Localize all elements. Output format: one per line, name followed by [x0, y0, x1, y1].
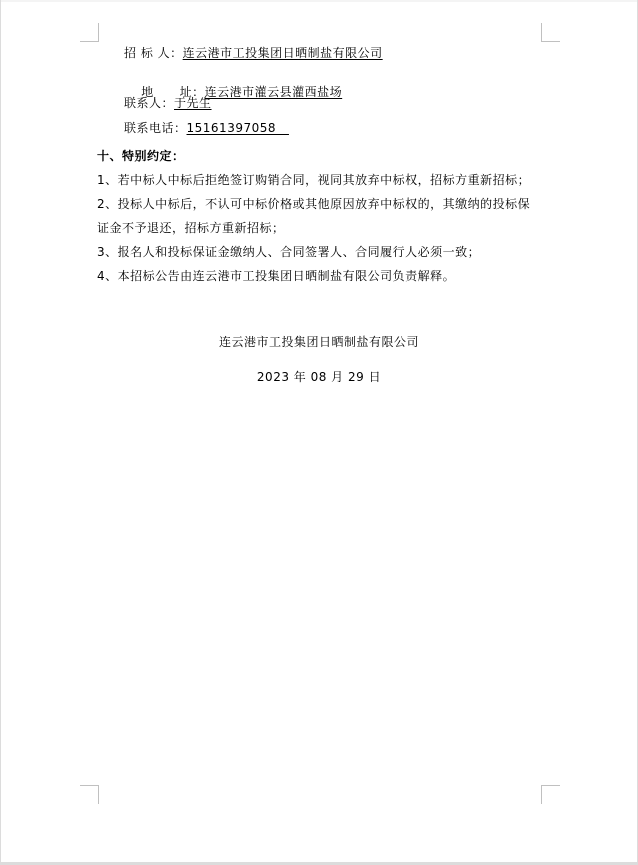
- margin-corner-top-left: [80, 23, 99, 42]
- section-title: 十、特别约定：: [97, 149, 185, 163]
- special-term-item-cont: 证金不予退还，招标方重新招标；: [97, 221, 285, 235]
- phone-value: 15161397058: [187, 121, 289, 135]
- bidder-line: 招 标 人：连云港市工投集团日晒制盐有限公司: [124, 46, 383, 60]
- contact-label: 联系人：: [124, 96, 174, 110]
- document-page: 招 标 人：连云港市工投集团日晒制盐有限公司 地 址：连云港市灌云县灌西盐场 联…: [1, 0, 637, 862]
- margin-corner-top-right: [541, 23, 560, 42]
- phone-label: 联系电话：: [124, 121, 187, 135]
- page-top-edge: [1, 0, 637, 2]
- margin-corner-bottom-left: [80, 785, 99, 804]
- special-term-item: 1、若中标人中标后拒绝签订购销合同，视同其放弃中标权，招标方重新招标；: [97, 173, 530, 187]
- bidder-label: 招 标 人：: [124, 46, 183, 60]
- bidder-value: 连云港市工投集团日晒制盐有限公司: [183, 46, 383, 60]
- signature-date: 2023 年 08 月 29 日: [1, 370, 637, 384]
- margin-corner-bottom-right: [541, 785, 560, 804]
- special-term-item: 2、投标人中标后，不认可中标价格或其他原因放弃中标权的，其缴纳的投标保: [97, 197, 530, 211]
- signature-company: 连云港市工投集团日晒制盐有限公司: [1, 335, 637, 349]
- contact-line: 联系人：于先生: [124, 96, 212, 110]
- phone-line: 联系电话：15161397058: [124, 121, 289, 135]
- special-term-item: 3、报名人和投标保证金缴纳人、合同签署人、合同履行人必须一致；: [97, 245, 480, 259]
- address-value: 连云港市灌云县灌西盐场: [205, 85, 343, 99]
- contact-value: 于先生: [174, 96, 212, 110]
- special-term-item: 4、本招标公告由连云港市工投集团日晒制盐有限公司负责解释。: [97, 269, 455, 283]
